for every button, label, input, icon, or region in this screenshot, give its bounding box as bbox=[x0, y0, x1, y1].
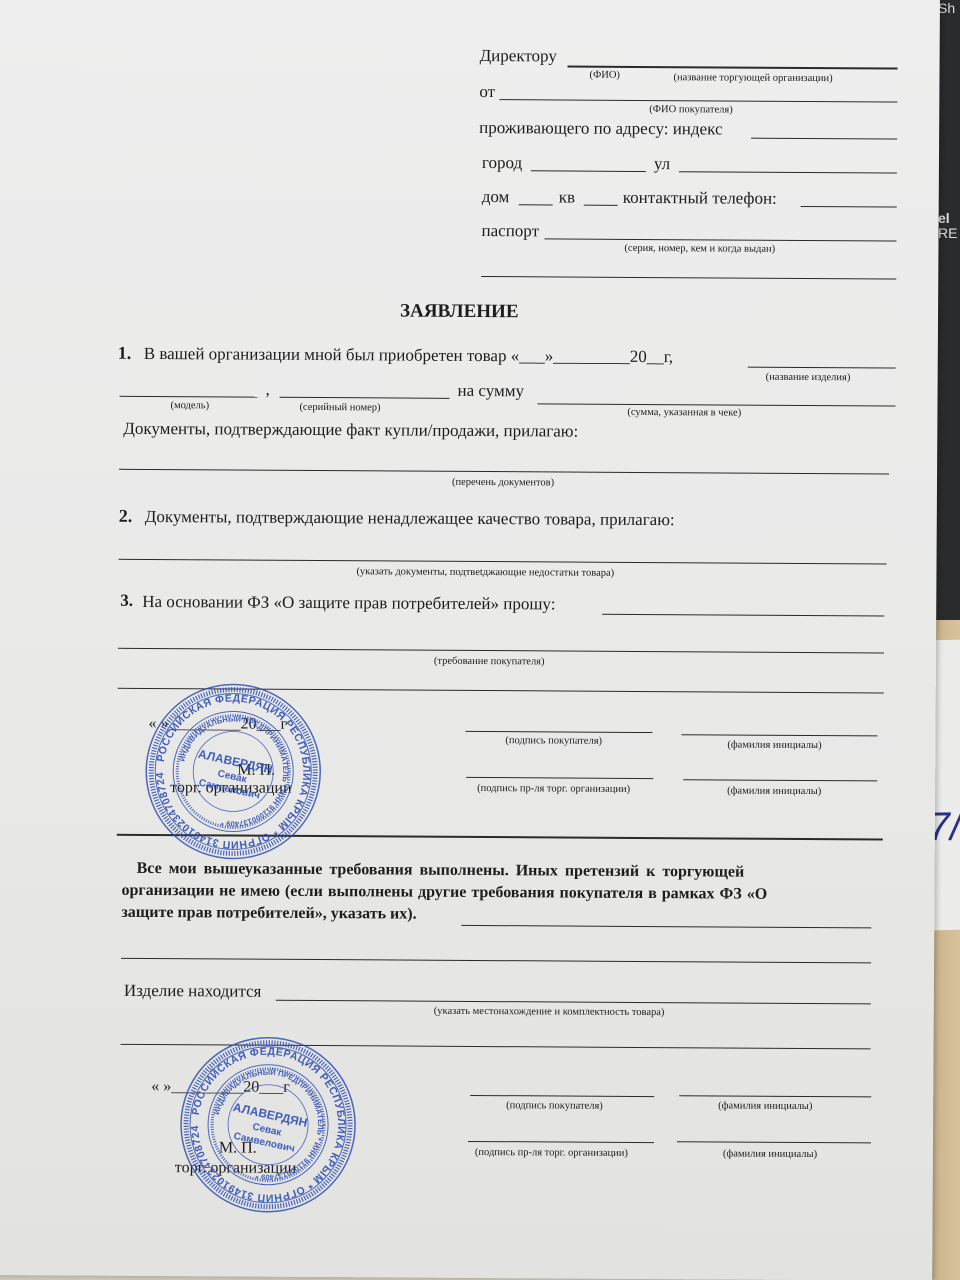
org-hint: (название торгующей организации) bbox=[673, 72, 832, 84]
section3-number: 3. bbox=[120, 591, 133, 611]
phone-label: контактный телефон: bbox=[623, 188, 777, 209]
fio-hint: (ФИО) bbox=[589, 70, 620, 81]
location-label: Изделие находится bbox=[124, 981, 262, 1002]
index-field[interactable] bbox=[751, 138, 897, 140]
section2-number: 2. bbox=[119, 506, 133, 527]
company-stamp-1: РОССИЙСКАЯ ФЕДЕРАЦИЯ РЕСПУБЛИКА КРЫМ * О… bbox=[143, 681, 324, 862]
buyer-signature-hint-2: (подпись покупателя) bbox=[506, 1100, 603, 1112]
purchase-docs-text: Документы, подтверждающие факт купли/про… bbox=[123, 419, 578, 442]
rep-name-field-2[interactable] bbox=[677, 1141, 871, 1143]
director-label: Директору bbox=[480, 46, 557, 66]
defect-docs-field[interactable] bbox=[119, 559, 887, 565]
buyer-signature-hint-1: (подпись покупателя) bbox=[505, 735, 602, 747]
model-field[interactable] bbox=[120, 396, 258, 398]
rep-signature-hint-1: (подпись пр-ля торг. организации) bbox=[477, 783, 630, 795]
sum-field[interactable] bbox=[537, 403, 895, 406]
fulfilled-line-3: защите прав потребителей», указать их). bbox=[121, 904, 416, 924]
section1-number: 1. bbox=[118, 343, 132, 364]
phone-field[interactable] bbox=[801, 206, 897, 208]
rep-name-hint-2: (фамилия инициалы) bbox=[723, 1148, 817, 1160]
laptop-label: Sh bbox=[938, 0, 955, 16]
city-field[interactable] bbox=[531, 170, 646, 172]
rep-signature-field-1[interactable] bbox=[466, 777, 653, 779]
purchase-docs-hint: (перечень документов) bbox=[452, 477, 554, 489]
comma-separator: , bbox=[266, 380, 270, 400]
rep-signature-hint-2: (подпись пр-ля торг. организации) bbox=[475, 1147, 628, 1159]
laptop-sticker: el bbox=[938, 210, 950, 226]
location-hint: (указать местонахождение и комплектность… bbox=[434, 1006, 665, 1018]
product-name-field[interactable] bbox=[748, 367, 896, 369]
serial-number-field[interactable] bbox=[280, 397, 450, 399]
request-field-continued[interactable] bbox=[118, 648, 884, 654]
city-label: город bbox=[482, 153, 522, 173]
rep-name-hint-1: (фамилия инициалы) bbox=[727, 786, 821, 798]
rep-name-field-1[interactable] bbox=[683, 779, 877, 781]
passport-field[interactable] bbox=[544, 238, 896, 241]
laptop-sticker-text: RE bbox=[938, 225, 957, 241]
other-requirements-field[interactable] bbox=[461, 925, 871, 929]
request-field[interactable] bbox=[602, 614, 884, 617]
other-requirements-field-continued[interactable] bbox=[121, 958, 871, 964]
from-label: от bbox=[479, 82, 495, 102]
sum-hint: (сумма, указанная в чеке) bbox=[627, 407, 741, 419]
serial-number-hint: (серийный номер) bbox=[299, 402, 380, 413]
passport-label: паспорт bbox=[481, 221, 539, 241]
page-title: ЗАЯВЛЕНИЕ bbox=[400, 301, 519, 324]
laptop-background: Sh el RE bbox=[936, 0, 960, 620]
passport-field-continued[interactable] bbox=[481, 276, 896, 280]
house-field[interactable] bbox=[519, 204, 553, 205]
section3-text: На основании ФЗ «О защите прав потребите… bbox=[142, 592, 555, 615]
model-hint: (модель) bbox=[170, 400, 209, 411]
passport-hint: (серия, номер, кем и когда выдан) bbox=[624, 243, 775, 255]
buyer-name-field-1[interactable] bbox=[681, 734, 877, 736]
street-field[interactable] bbox=[679, 171, 897, 173]
request-hint: (требование покупателя) bbox=[434, 656, 545, 668]
fulfilled-line-2: организации не имею (если выполнены друг… bbox=[121, 882, 767, 904]
buyer-name-field-2[interactable] bbox=[679, 1095, 871, 1097]
address-label: проживающего по адресу: индекс bbox=[479, 118, 722, 139]
fulfilled-line-1: Все мои вышеуказанные требования выполне… bbox=[137, 860, 745, 882]
section2-text: Документы, подтверждающие ненадлежащее к… bbox=[145, 507, 675, 530]
street-label: ул bbox=[654, 154, 670, 174]
buyer-name-hint-1: (фамилия инициалы) bbox=[727, 740, 821, 752]
buyer-fio-hint: (ФИО покупателя) bbox=[649, 104, 733, 116]
defect-docs-hint: (указать документы, подтвеtджающие недос… bbox=[356, 566, 614, 579]
buyer-fio-field[interactable] bbox=[499, 99, 897, 102]
purchase-docs-field[interactable] bbox=[119, 469, 889, 475]
buyer-name-hint-2: (фамилия инициалы) bbox=[718, 1100, 812, 1112]
product-name-hint: (название изделия) bbox=[766, 372, 851, 384]
company-stamp-2: РОССИЙСКАЯ ФЕДЕРАЦИЯ РЕСПУБЛИКА КРЫМ * О… bbox=[178, 1034, 359, 1215]
application-form-sheet: Директору (ФИО) (название торгующей орга… bbox=[0, 0, 940, 1280]
section1-text: В вашей организации мной был приобретен … bbox=[144, 344, 673, 367]
apt-field[interactable] bbox=[584, 205, 618, 206]
rep-signature-field-2[interactable] bbox=[468, 1141, 654, 1143]
sum-label: на сумму bbox=[457, 381, 524, 401]
apt-label: кв bbox=[559, 187, 575, 207]
buyer-signature-field-1[interactable] bbox=[465, 731, 652, 733]
house-label: дом bbox=[482, 187, 510, 207]
location-field[interactable] bbox=[276, 1000, 871, 1005]
buyer-signature-field-2[interactable] bbox=[470, 1095, 654, 1097]
